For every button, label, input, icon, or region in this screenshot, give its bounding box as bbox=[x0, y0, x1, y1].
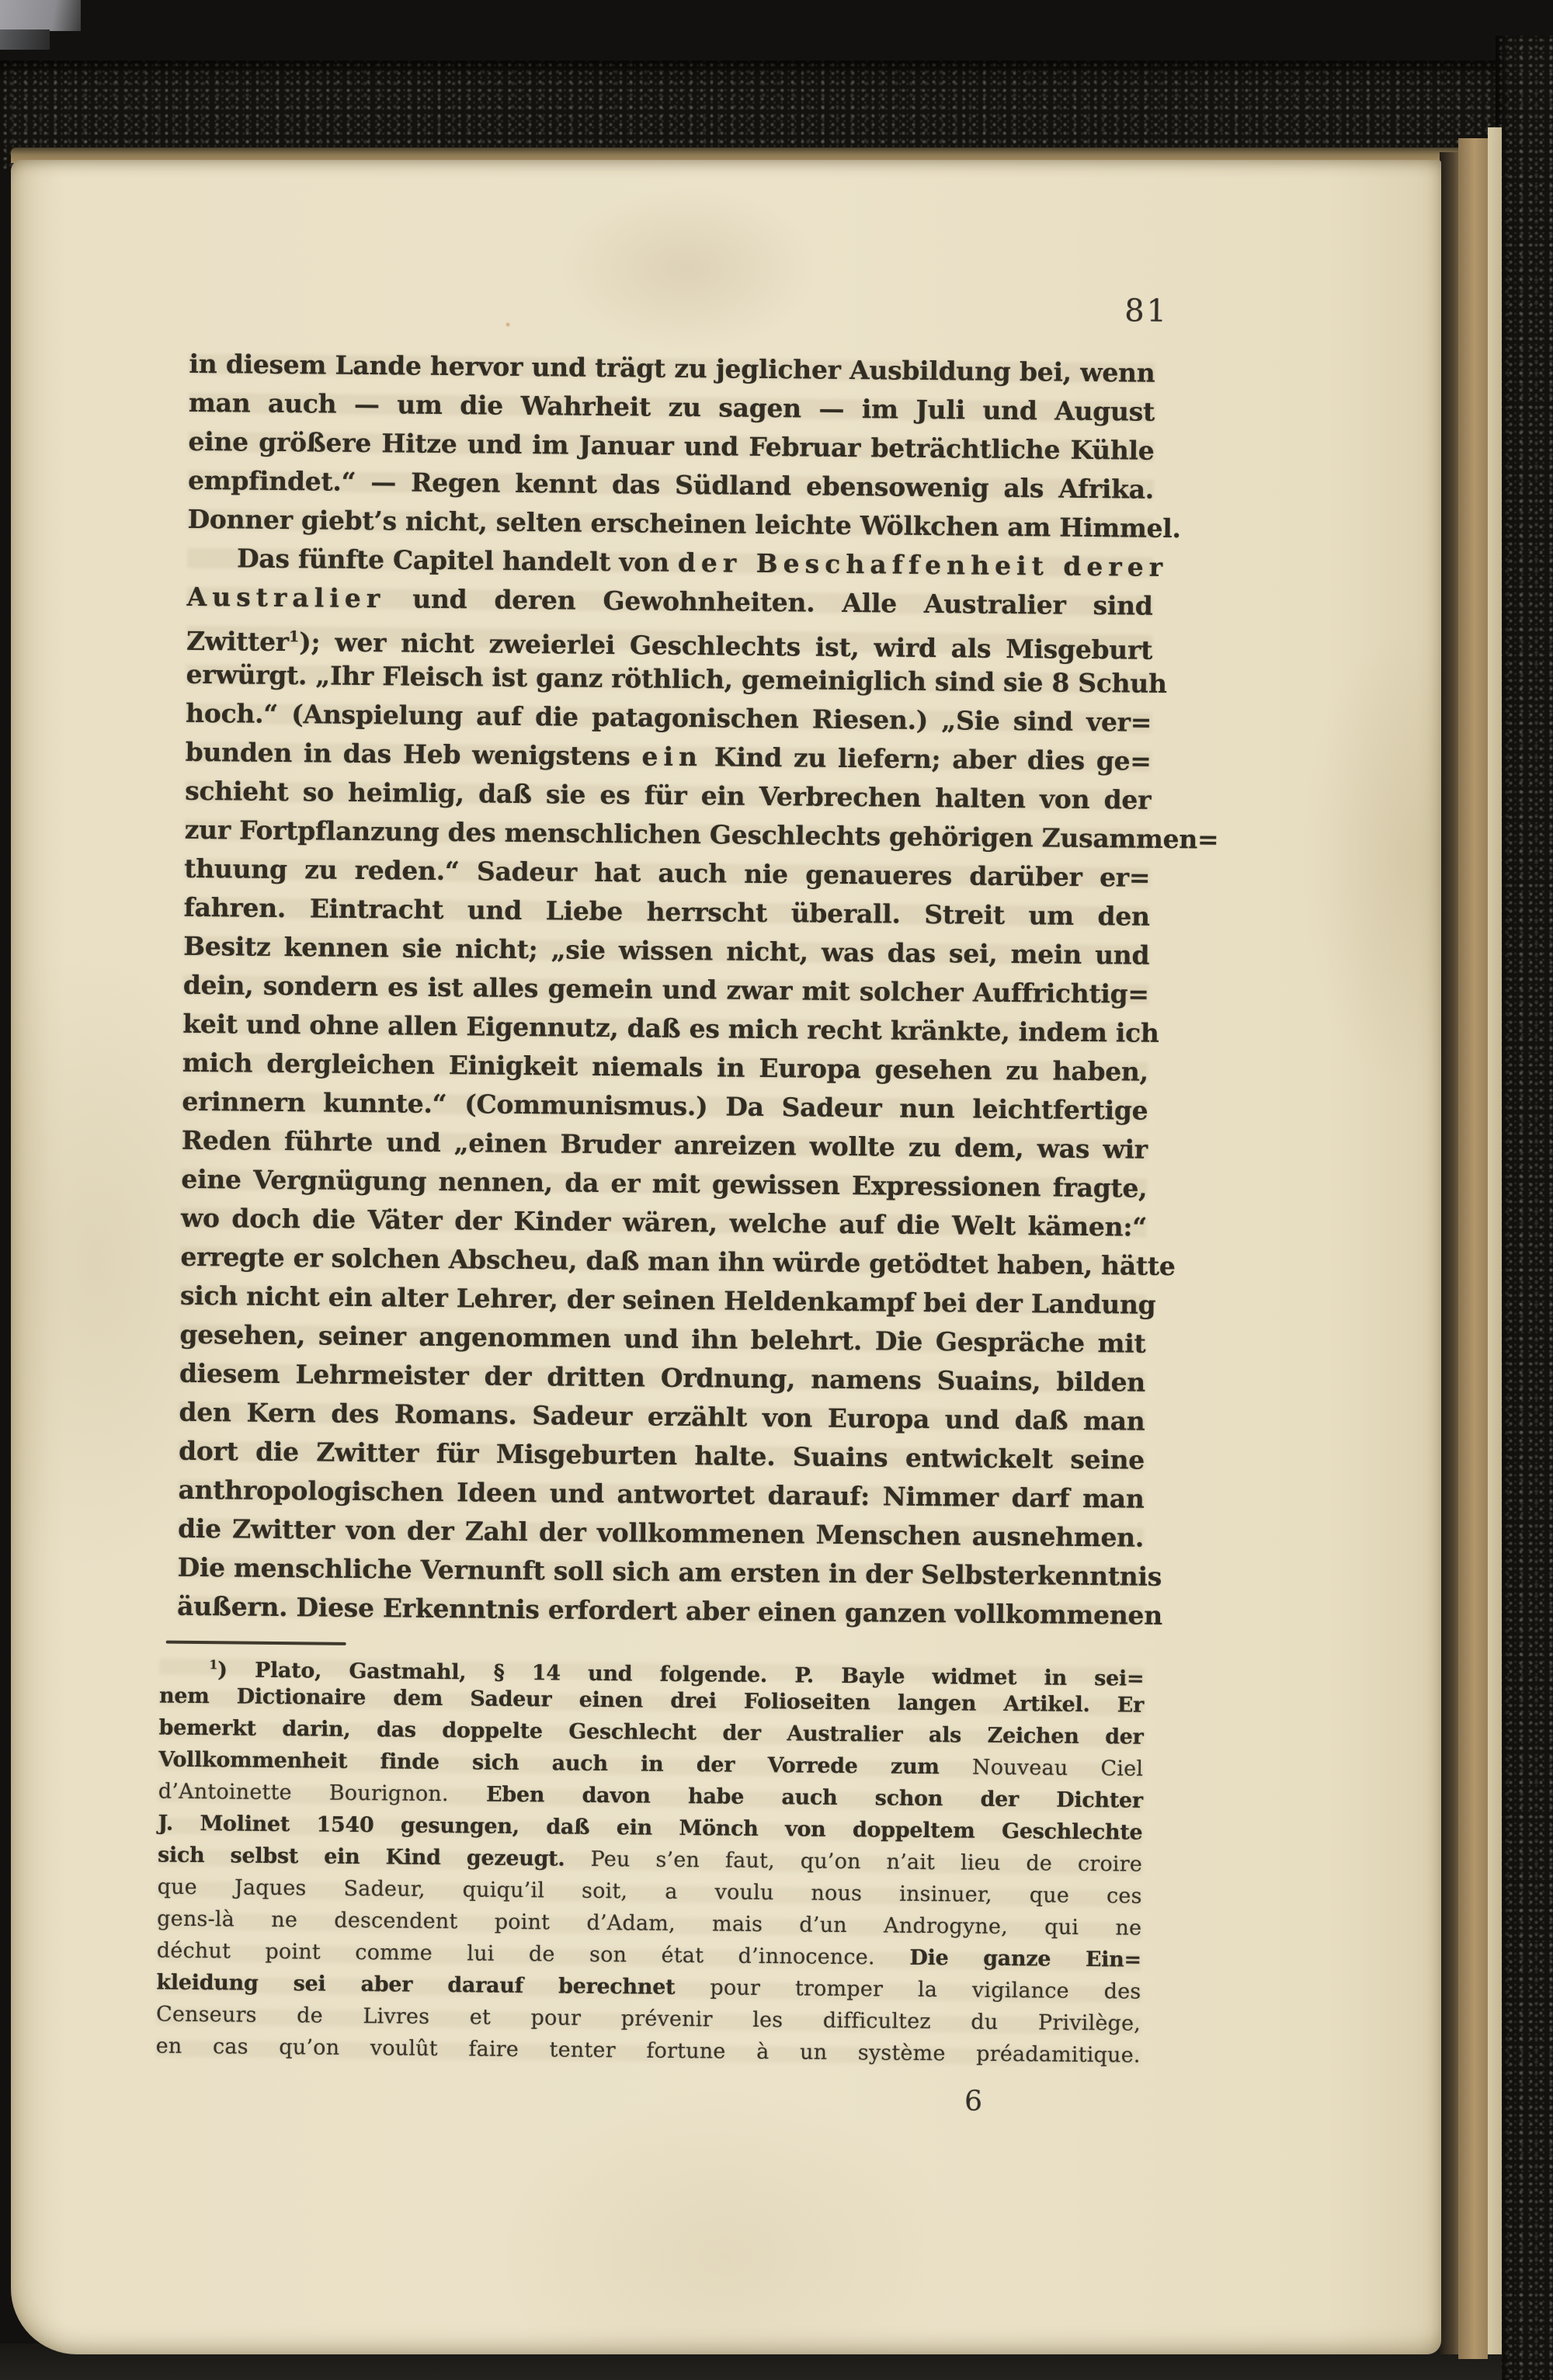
footnote-text: 1) Plato, Gastmahl, § 14 und folgende. P… bbox=[155, 1649, 1144, 2072]
body-text: in diesem Lande hervor und trägt zu jegl… bbox=[177, 345, 1155, 1635]
page-edges-highlight bbox=[1488, 127, 1502, 2354]
page-gutter-shadow bbox=[1440, 152, 1458, 2354]
scan-corner-artifact-shadow bbox=[0, 30, 50, 50]
text-line: äußern. Diese Erkenntnis erfordert aber … bbox=[177, 1587, 1143, 1635]
footnote-rule bbox=[166, 1641, 346, 1645]
signature-mark: 6 bbox=[964, 2086, 982, 2118]
scan-corner-artifact bbox=[0, 0, 81, 31]
page-edges-stack bbox=[1458, 138, 1488, 2359]
book-cover-right-edge bbox=[1496, 36, 1553, 2380]
page-content: 81 in diesem Lande hervor und trägt zu j… bbox=[0, 160, 1441, 2368]
page-number: 81 bbox=[1124, 293, 1169, 329]
scanned-book-photo: { "page": { "number": "81", "signature_m… bbox=[0, 0, 1553, 2380]
